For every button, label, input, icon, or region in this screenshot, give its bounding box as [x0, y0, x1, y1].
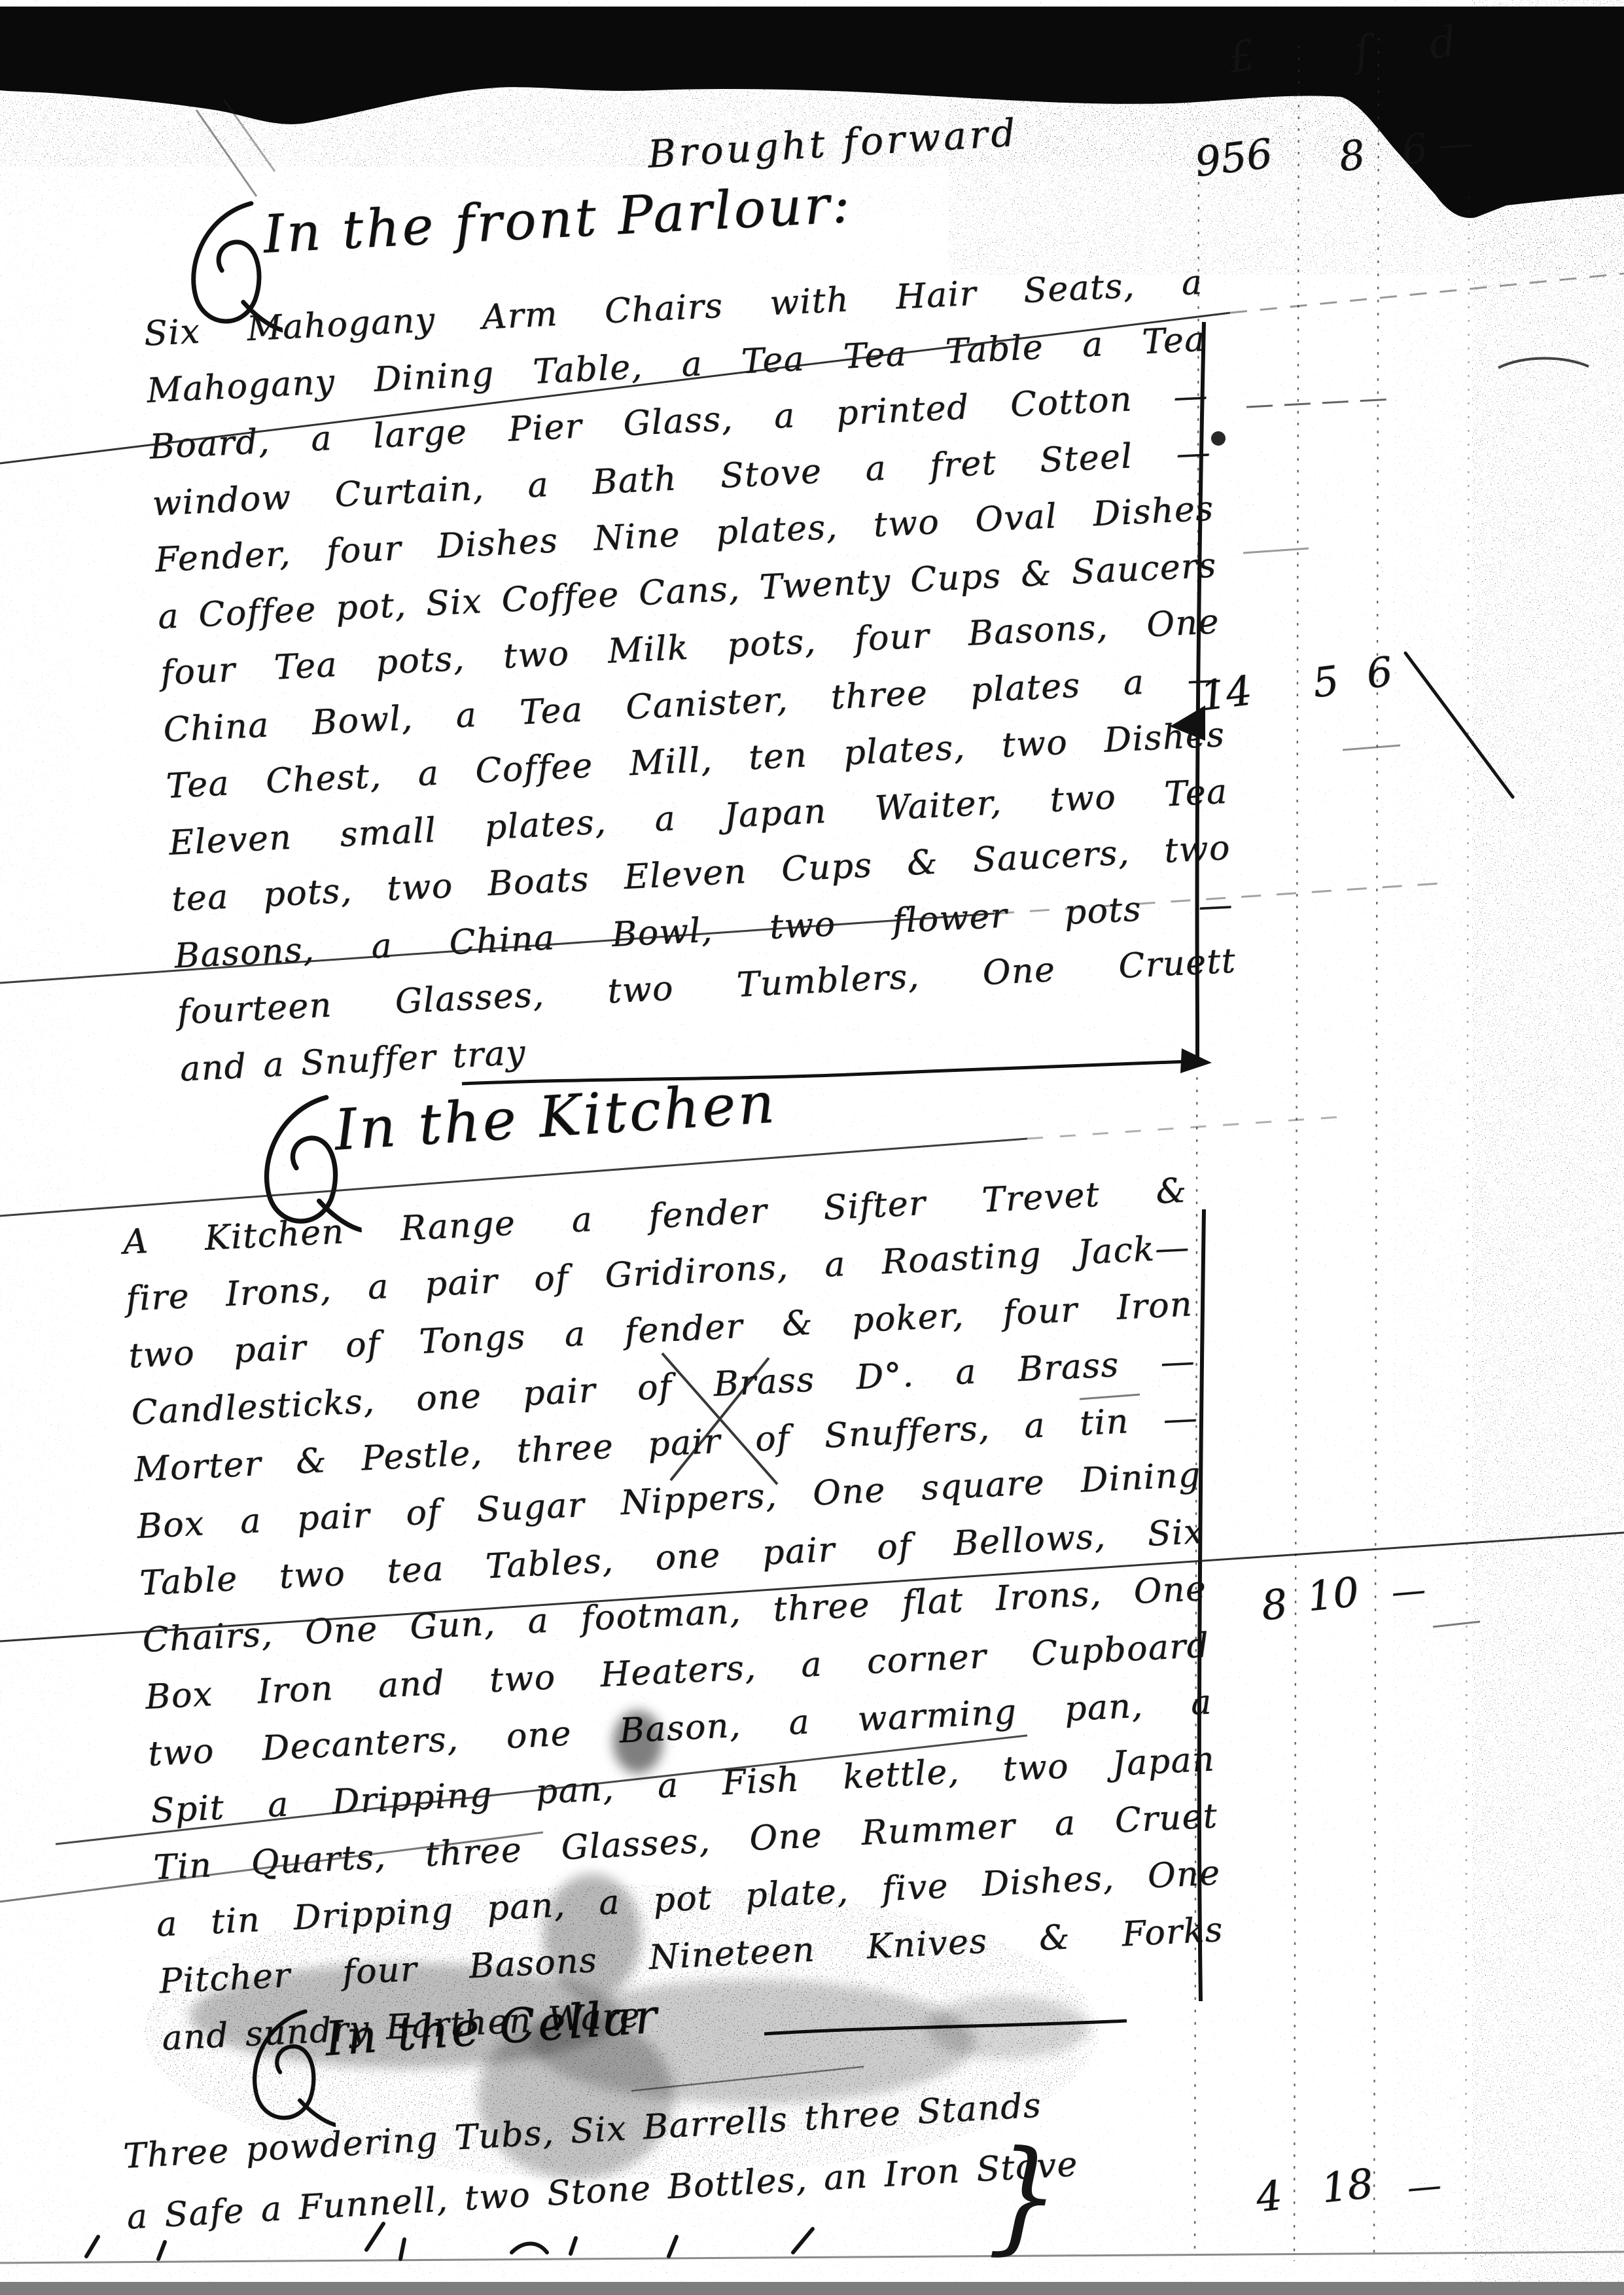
kitchen-total-shillings: 10: [1305, 1568, 1361, 1621]
front-parlour-total-pence: 6: [1364, 647, 1395, 698]
brought-forward-shillings: 8: [1336, 130, 1368, 181]
kitchen-total-pounds: 8: [1259, 1580, 1290, 1630]
brought-forward-pounds: 956: [1192, 130, 1275, 187]
brought-forward-label: Brought forward: [646, 110, 1019, 177]
scanned-inventory-page: £ ſ d Brought forward 956 8 6 — In the f…: [0, 0, 1624, 2295]
section-heading-front-parlour: In the front Parlour:: [262, 173, 853, 265]
kitchen-paragraph: A Kitchen Range a fender Sifter Trevet &…: [122, 1162, 1227, 2067]
front-parlour-paragraph: Six Mahogany Arm Chairs with Hair Seats,…: [143, 255, 1240, 1098]
cellar-total-pence: —: [1405, 2165, 1443, 2207]
shillings-column-header: ſ: [1352, 27, 1373, 77]
front-parlour-total-pounds: 14: [1197, 666, 1254, 720]
pence-column-header: d: [1426, 18, 1459, 69]
cellar-total-pounds: 4: [1254, 2171, 1284, 2222]
brought-forward-pence: 6: [1399, 124, 1430, 174]
pounds-column-header: £: [1225, 31, 1259, 83]
brought-forward-dash: —: [1437, 122, 1475, 166]
cellar-closing-brace: }: [987, 2123, 1061, 2269]
cellar-total-shillings: 18: [1319, 2160, 1375, 2213]
kitchen-total-pence: —: [1390, 1570, 1427, 1612]
front-parlour-total-shillings: 5: [1310, 656, 1341, 707]
section-heading-text: In the front Parlour:: [262, 173, 853, 265]
handwritten-text-layer: £ ſ d Brought forward 956 8 6 — In the f…: [0, 0, 1624, 2295]
